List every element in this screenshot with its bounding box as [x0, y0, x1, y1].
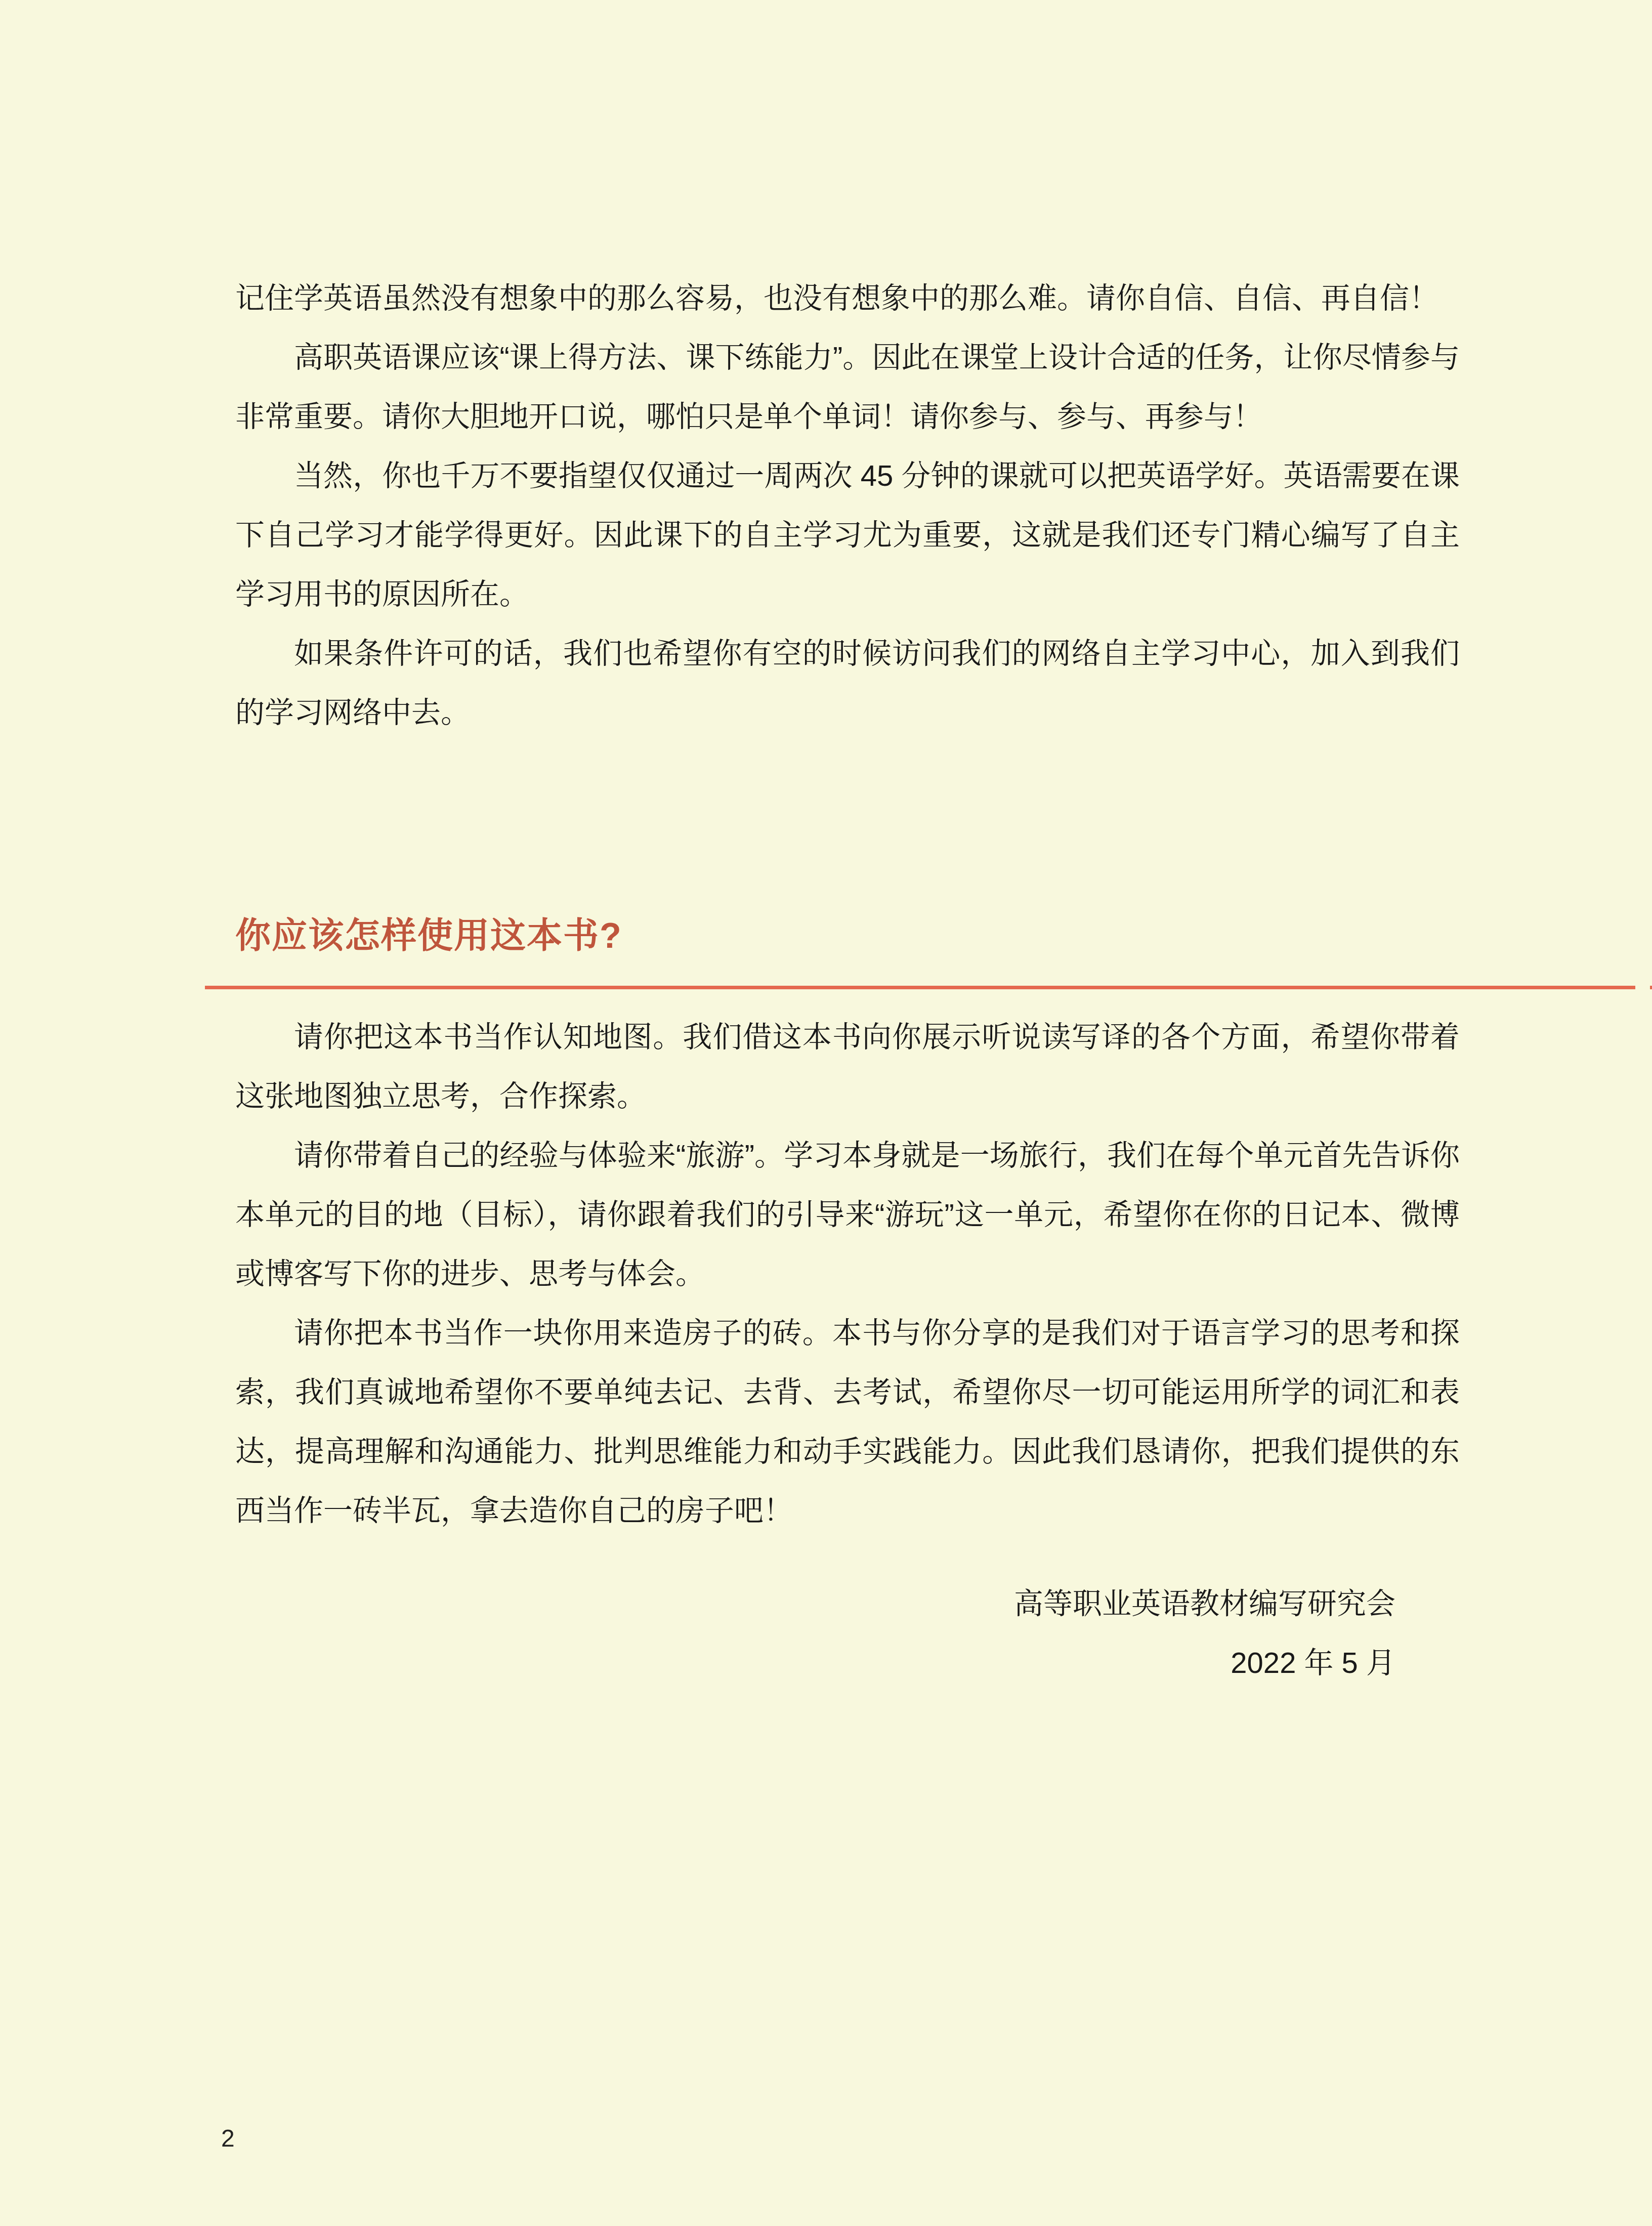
- signature-organization: 高等职业英语教材编写研究会: [1014, 1574, 1395, 1633]
- divider-edge-fragment: [1650, 986, 1652, 989]
- paragraph: 如果条件许可的话，我们也希望你有空的时候访问我们的网络自主学习中心，加入到我们的…: [235, 624, 1460, 742]
- section-divider: [205, 986, 1635, 989]
- paragraph: 请你把这本书当作认知地图。我们借这本书向你展示听说读写译的各个方面，希望你带着这…: [235, 1007, 1460, 1126]
- signature-block: 高等职业英语教材编写研究会 2022 年 5 月: [1014, 1574, 1395, 1693]
- page-number: 2: [221, 2124, 235, 2154]
- signature-date: 2022 年 5 月: [1014, 1633, 1395, 1693]
- page: { "page": { "background_color": "#F8F8DD…: [0, 0, 1652, 2226]
- section-heading: 你应该怎样使用这本书?: [235, 914, 622, 957]
- paragraph: 记住学英语虽然没有想象中的那么容易，也没有想象中的那么难。请你自信、自信、再自信…: [235, 269, 1460, 328]
- paragraph: 当然，你也千万不要指望仅仅通过一周两次 45 分钟的课就可以把英语学好。英语需要…: [235, 446, 1460, 624]
- paragraph: 请你带着自己的经验与体验来“旅游”。学习本身就是一场旅行，我们在每个单元首先告诉…: [235, 1126, 1460, 1304]
- intro-paragraphs: 记住学英语虽然没有想象中的那么容易，也没有想象中的那么难。请你自信、自信、再自信…: [235, 269, 1460, 742]
- paragraph: 高职英语课应该“课上得方法、课下练能力”。因此在课堂上设计合适的任务，让你尽情参…: [235, 328, 1460, 446]
- paragraph: 请你把本书当作一块你用来造房子的砖。本书与你分享的是我们对于语言学习的思考和探索…: [235, 1304, 1460, 1540]
- usage-paragraphs: 请你把这本书当作认知地图。我们借这本书向你展示听说读写译的各个方面，希望你带着这…: [235, 1007, 1460, 1540]
